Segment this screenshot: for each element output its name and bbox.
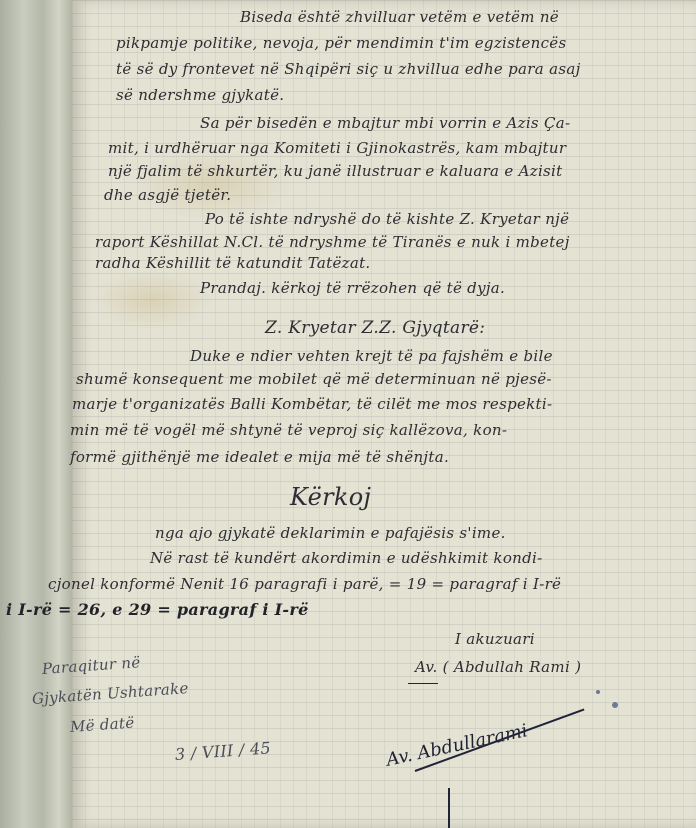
text-line: formë gjithënjë me idealet e mija më të …: [70, 448, 449, 466]
signature-role: I akuzuari: [455, 630, 535, 648]
address-heading: Z. Kryetar Z.Z. Gjyqtarë:: [265, 318, 485, 338]
text-line: Biseda është zhvilluar vetëm e vetëm në: [240, 8, 559, 26]
text-line: Duke e ndier vehten krejt të pa fajshëm …: [190, 347, 553, 365]
text-line: marje t'organizatës Balli Kombëtar, të c…: [72, 395, 552, 413]
text-line: Po të ishte ndryshë do të kishte Z. Krye…: [205, 210, 569, 228]
text-line: pikpamje politike, nevoja, për mendimin …: [116, 34, 566, 52]
signature-tail: [448, 788, 450, 828]
ink-blot: [612, 702, 618, 708]
underline-stroke: [408, 683, 438, 684]
paper-stain: [92, 270, 212, 330]
text-line: nga ajo gjykatë deklarimin e pafajësis s…: [155, 524, 506, 542]
text-line: i I-rë = 26, e 29 = paragraf i I-rë: [6, 600, 309, 619]
text-line: mit, i urdhëruar nga Komiteti i Gjinokas…: [108, 139, 566, 157]
text-line: një fjalim të shkurtër, ku janë illustru…: [108, 162, 562, 180]
text-line: cjonel konformë Nenit 16 paragrafi i par…: [48, 575, 561, 593]
text-line: së ndershme gjykatë.: [116, 86, 284, 104]
text-line: dhe asgjë tjetër.: [104, 186, 231, 204]
request-heading: Kërkoj: [290, 483, 371, 511]
text-line: shumë konsequent me mobilet që më determ…: [76, 370, 552, 388]
text-line: të së dy frontevet në Shqipëri siç u zhv…: [116, 60, 581, 78]
ink-blot: [596, 690, 600, 694]
text-line: raport Këshillat N.Cl. të ndryshme të Ti…: [95, 233, 570, 251]
signature-name-line: Av. ( Abdullah Rami ): [415, 658, 581, 676]
text-line: min më të vogël më shtynë të veproj siç …: [70, 421, 507, 439]
text-line: Në rast të kundërt akordimin e udëshkimi…: [150, 549, 542, 567]
text-line: radha Këshillit të katundit Tatëzat.: [95, 254, 371, 272]
text-line: Prandaj. kërkoj të rrëzohen që të dyja.: [200, 279, 505, 297]
text-line: Sa për bisedën e mbajtur mbi vorrin e Az…: [200, 114, 570, 132]
